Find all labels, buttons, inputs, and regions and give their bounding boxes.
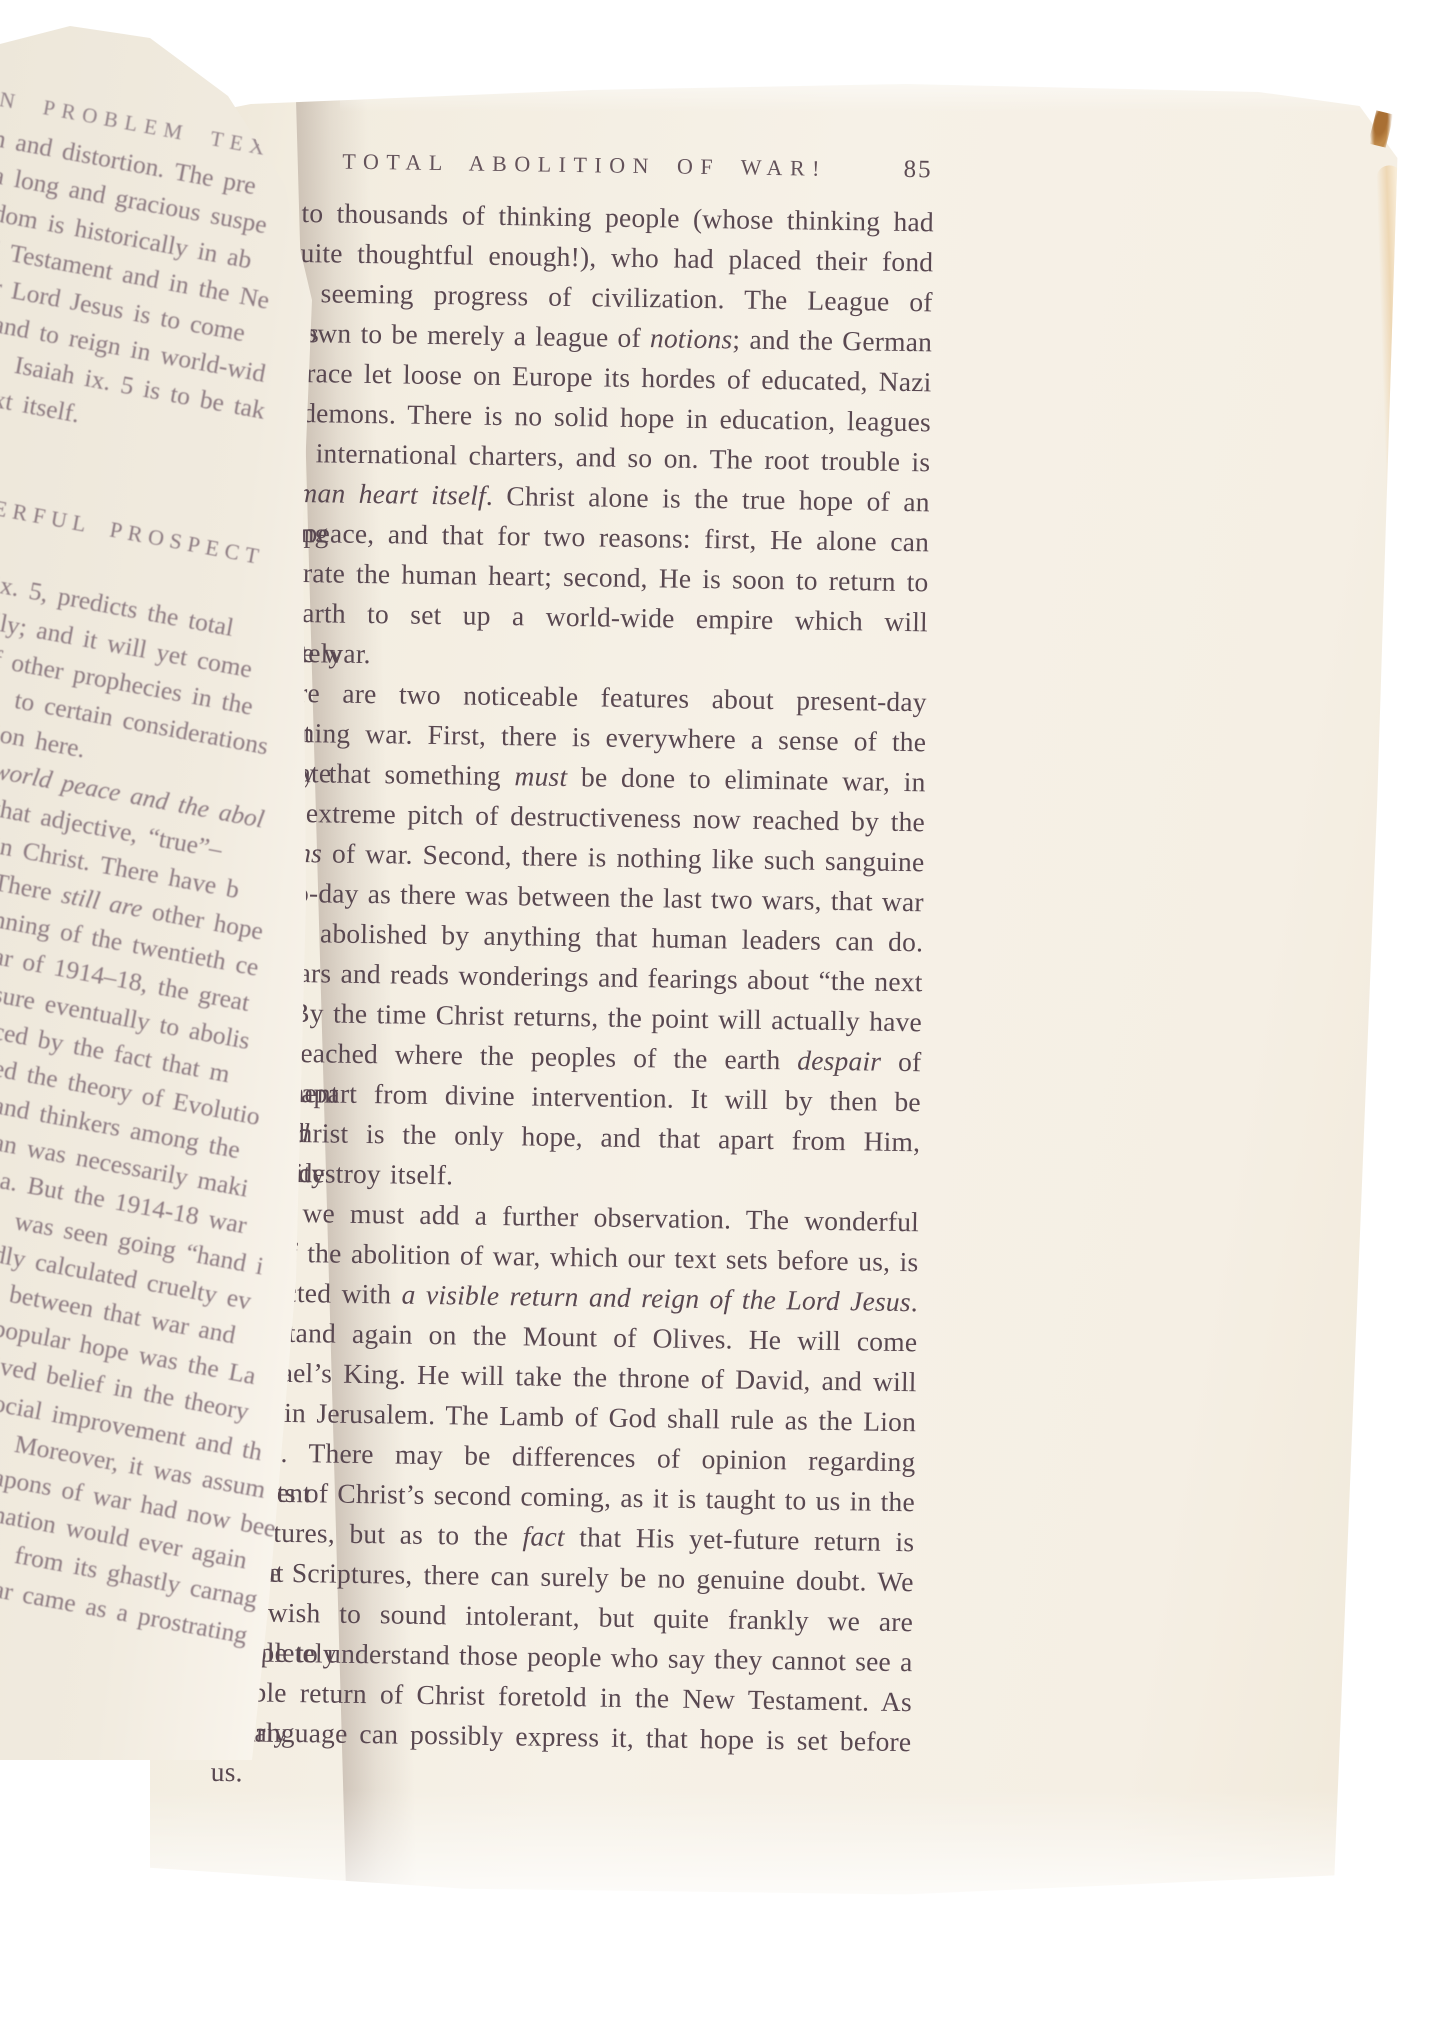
running-header-title: TOTAL ABOLITION OF WAR! [342,149,827,181]
page-number: 85 [903,150,933,190]
running-header: TOTAL ABOLITION OF WAR! 85 [235,140,935,180]
body-text: hock to thousands of thinking people (wh… [211,192,934,1762]
right-page-content: TOTAL ABOLITION OF WAR! 85 hock to thous… [211,140,935,1762]
paper-fleck [1368,110,1394,147]
book-photo: TOTAL ABOLITION OF WAR! 85 hock to thous… [0,0,1445,2023]
right-page: TOTAL ABOLITION OF WAR! 85 hock to thous… [150,40,1410,1940]
page-fore-edge [1376,165,1445,1895]
